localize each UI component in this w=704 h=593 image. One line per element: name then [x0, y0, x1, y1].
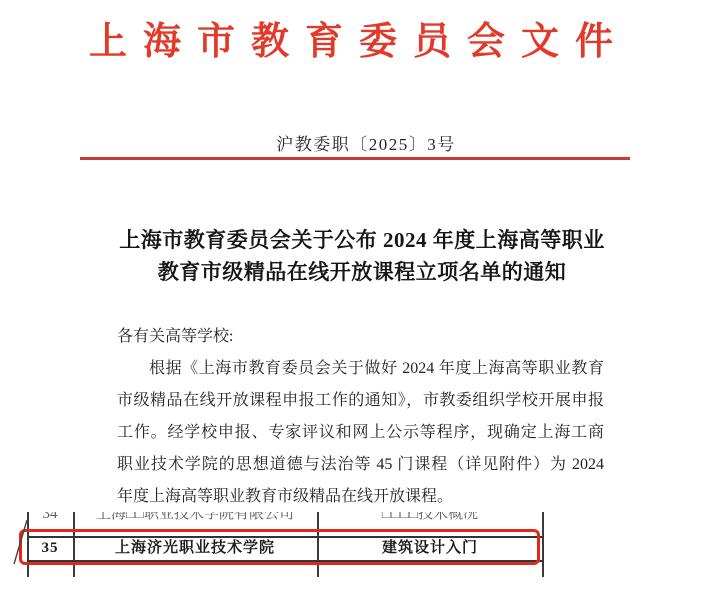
- table-border-horizontal-bottom: [27, 560, 543, 562]
- doc-number: 沪教委职〔2025〕3号: [14, 130, 704, 155]
- body-line-1: 根据《上海市教育委员会关于做好 2024 年度上海高等职业教育: [117, 353, 604, 385]
- row-35-course: 建筑设计入门: [317, 537, 543, 560]
- row-35-school: 上海济光职业技术学院: [73, 537, 317, 560]
- table-row-35: 35 上海济光职业技术学院 建筑设计入门: [27, 537, 543, 560]
- document-page: 上海市教育委员会文件 沪教委职〔2025〕3号 上海市教育委员会关于公布 202…: [0, 0, 704, 593]
- body-salutation: 各有关高等学校:: [117, 321, 604, 353]
- partial-cell-number: 34: [27, 512, 73, 526]
- red-divider-rule: [80, 157, 630, 160]
- table-row-partial: 34 上海□□职业技术学院有限公司 □□□□技术概况: [27, 512, 543, 534]
- body-line-3: 工作。经学校申报、专家评议和网上公示等程序，现确定上海工商: [117, 417, 604, 449]
- doc-title: 上海市教育委员会关于公布 2024 年度上海高等职业 教育市级精品在线开放课程立…: [42, 224, 682, 288]
- body-line-5: 年度上海高等职业教育市级精品在线开放课程。: [117, 481, 604, 513]
- letterhead-title: 上海市教育委员会文件: [14, 10, 704, 65]
- doc-body: 各有关高等学校: 根据《上海市教育委员会关于做好 2024 年度上海高等职业教育…: [117, 321, 604, 513]
- doc-title-line-2: 教育市级精品在线开放课程立项名单的通知: [42, 256, 682, 288]
- pen-mark-icon: [10, 515, 32, 570]
- doc-title-line-1: 上海市教育委员会关于公布 2024 年度上海高等职业: [42, 224, 682, 256]
- body-line-2: 市级精品在线开放课程申报工作的通知》，市教委组织学校开展申报: [117, 385, 604, 417]
- row-35-number: 35: [27, 537, 73, 560]
- partial-cell-course: □□□□技术概况: [317, 512, 543, 526]
- partial-cell-school: 上海□□职业技术学院有限公司: [73, 512, 317, 526]
- body-line-4: 职业技术学院的思想道德与法治等 45 门课程（详见附件）为 2024: [117, 449, 604, 481]
